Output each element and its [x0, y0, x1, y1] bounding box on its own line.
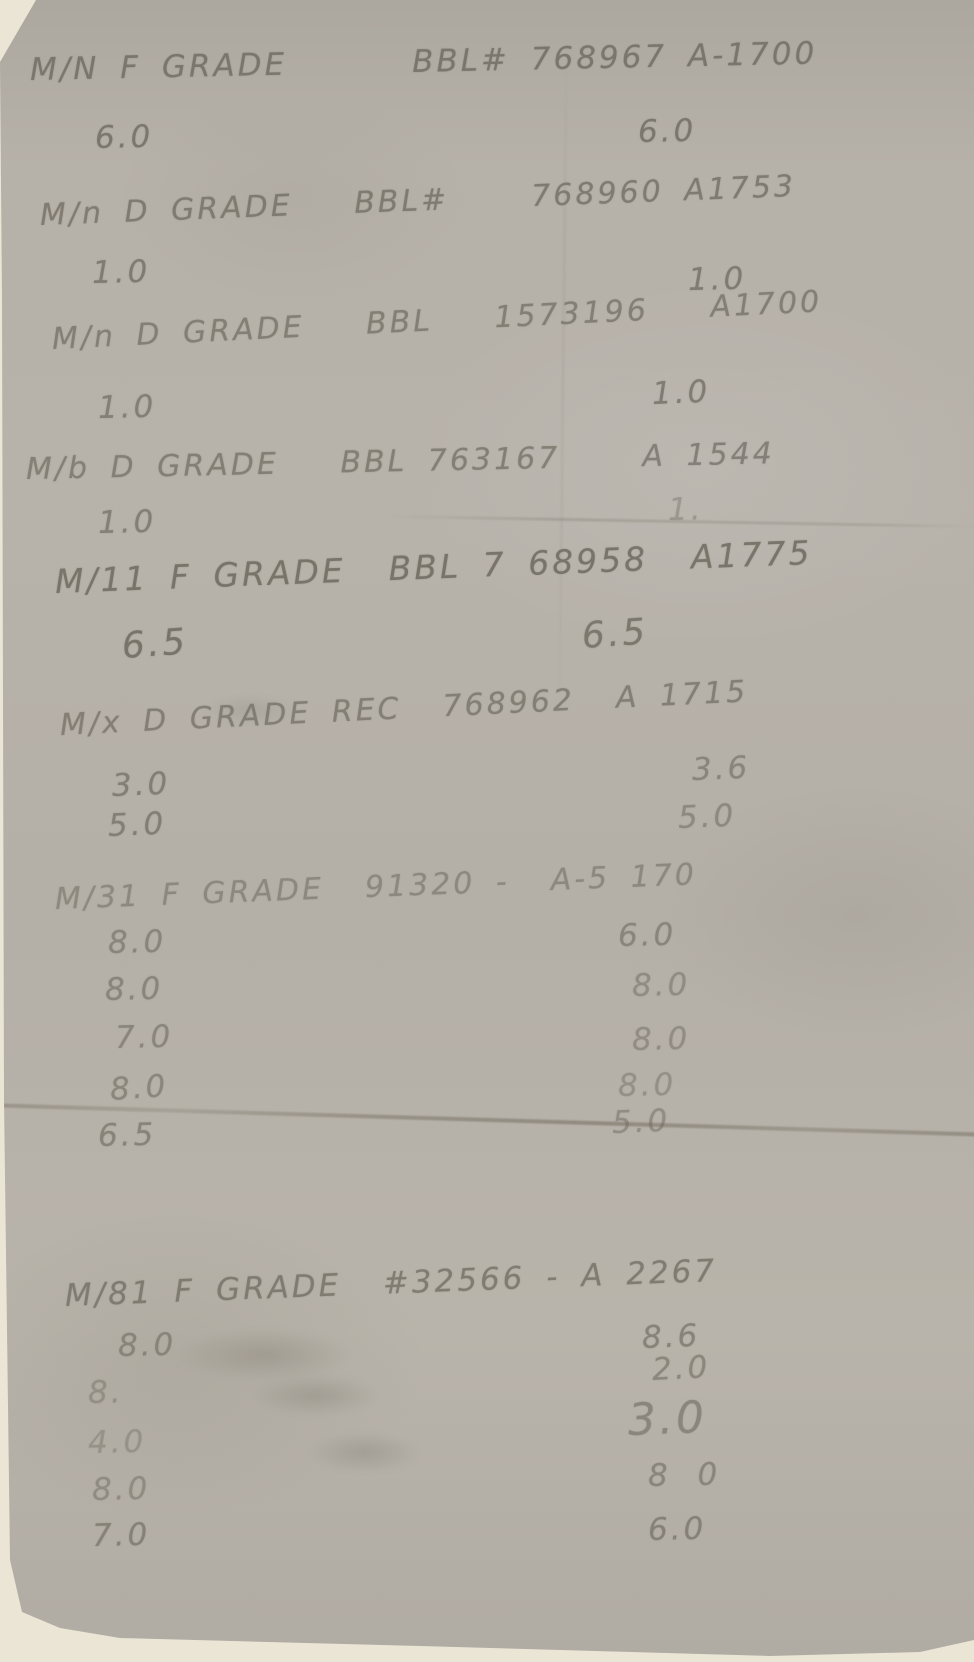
entry-value-left: 7.0 [115, 1019, 174, 1056]
entry-header: M/31 F GRADE 91320 - A-5 170 [54, 857, 697, 917]
entry-value-right: 5.0 [677, 798, 737, 836]
entry-value-right: 5.0 [611, 1103, 671, 1141]
vertical-fold-crease [558, 40, 567, 720]
entry-value-right: 2.0 [651, 1349, 711, 1388]
entry-value-right: 3.6 [691, 750, 751, 788]
entry-value-right: 8 0 [648, 1456, 721, 1494]
entry-value-right: 6.0 [648, 1511, 707, 1548]
entry-value-left: 6.5 [98, 1117, 157, 1154]
entry-value-left: 8.0 [108, 924, 167, 961]
entry-value-right: 1. [668, 491, 704, 528]
entry-value-left: 8.0 [109, 1068, 170, 1108]
entry-value-left: 8.0 [92, 1471, 151, 1508]
entry-value-right: 6.0 [618, 917, 677, 954]
entry-value-left: 5.0 [107, 806, 167, 844]
graphite-smudge [230, 1368, 400, 1423]
graphite-smudge [290, 1425, 440, 1480]
entry-value-left: 8.0 [105, 971, 164, 1008]
entry-header: M/N F GRADE BBL# 768967 A-1700 [30, 36, 818, 88]
note-sheet: M/N F GRADE BBL# 768967 A-1700 6.0 6.0 M… [0, 0, 974, 1662]
entry-value-left: 8.0 [118, 1327, 177, 1364]
entry-header: M/81 F GRADE #32566 - A 2267 [64, 1253, 717, 1314]
entry-value-right: 6.5 [581, 611, 650, 657]
entry-value-left: 6.5 [121, 621, 190, 667]
entry-value-left: 1.0 [98, 504, 157, 541]
entry-header: M/11 F GRADE BBL 7 68958 A1775 [54, 533, 813, 601]
scanned-note-photo: { "document": { "kind": "handwritten pen… [0, 0, 974, 1662]
entry-value-left: 1.0 [92, 254, 151, 291]
entry-value-left: 1.0 [98, 389, 157, 426]
entry-value-right: 1.0 [651, 374, 711, 412]
entry-header: M/x D GRADE REC 768962 A 1715 [59, 674, 749, 743]
entry-header: M/n D GRADE BBL 1573196 A1700 [51, 284, 823, 357]
entry-value-left: 4.0 [88, 1424, 147, 1461]
entry-value-right: 8.0 [618, 1067, 677, 1104]
entry-value-right: 8.0 [632, 1021, 691, 1058]
entry-value-left: 7.0 [92, 1517, 151, 1554]
entry-value-right: 3.0 [627, 1392, 708, 1446]
entry-header: M/b D GRADE BBL 763167 A 1544 [26, 436, 776, 487]
entry-value-left: 8. [88, 1374, 124, 1411]
entry-value-right: 6.0 [638, 113, 697, 150]
entry-value-left: 6.0 [95, 119, 154, 156]
entry-value-left: 3.0 [111, 766, 171, 804]
entry-value-right: 8.0 [632, 967, 691, 1004]
entry-header: M/n D GRADE BBL# 768960 A1753 [39, 169, 796, 233]
